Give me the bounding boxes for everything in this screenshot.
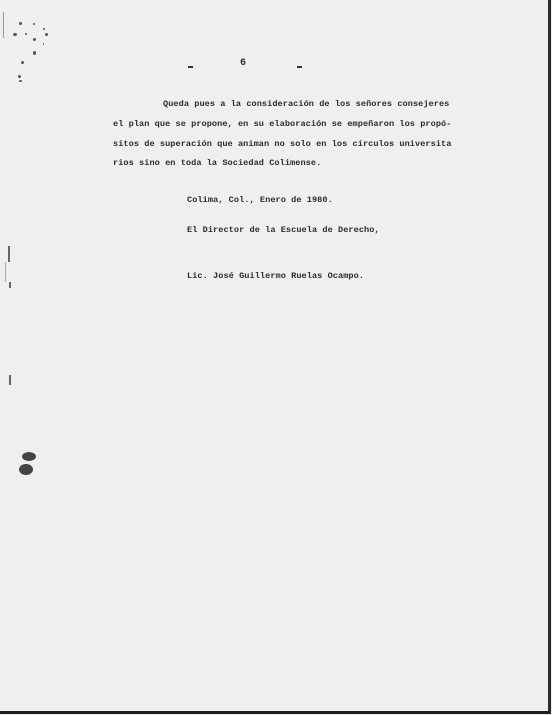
scan-speck [33,51,36,55]
scan-speck [45,33,48,36]
scan-speck [18,75,21,78]
hole-punch-mark [19,464,33,475]
paragraph-line-4: rios sino en toda la Sociedad Colimense. [113,158,321,168]
scan-speck [33,23,35,25]
scan-speck [19,80,22,82]
scan-speck [43,43,44,45]
scan-speck [33,38,36,41]
page-number: 6 [240,58,246,69]
scan-speck [25,33,27,35]
paragraph-line-1: Queda pues a la consideración de los señ… [163,99,449,109]
page-number-dash-left [188,66,193,68]
signature-name: Lic. José Guillermo Ruelas Ocampo. [187,271,364,281]
binding-mark [8,246,10,262]
binding-mark [9,282,11,288]
hole-punch-mark [22,452,36,461]
binding-mark [9,375,11,385]
scanned-page: 6 Queda pues a la consideración de los s… [0,0,551,714]
scan-speck [21,61,24,64]
page-number-dash-right [297,66,302,68]
place-date: Colima, Col., Enero de 1980. [187,195,333,205]
binding-mark [5,262,6,282]
paragraph-line-2: el plan que se propone, en su elaboració… [113,119,451,129]
scan-speck [43,28,45,30]
signature-title: El Director de la Escuela de Derecho, [187,225,380,235]
scan-edge-mark [3,12,4,38]
scan-speck [13,33,17,36]
paragraph-line-3: sitos de superación que animan no solo e… [113,139,451,149]
scan-speck [19,22,22,25]
